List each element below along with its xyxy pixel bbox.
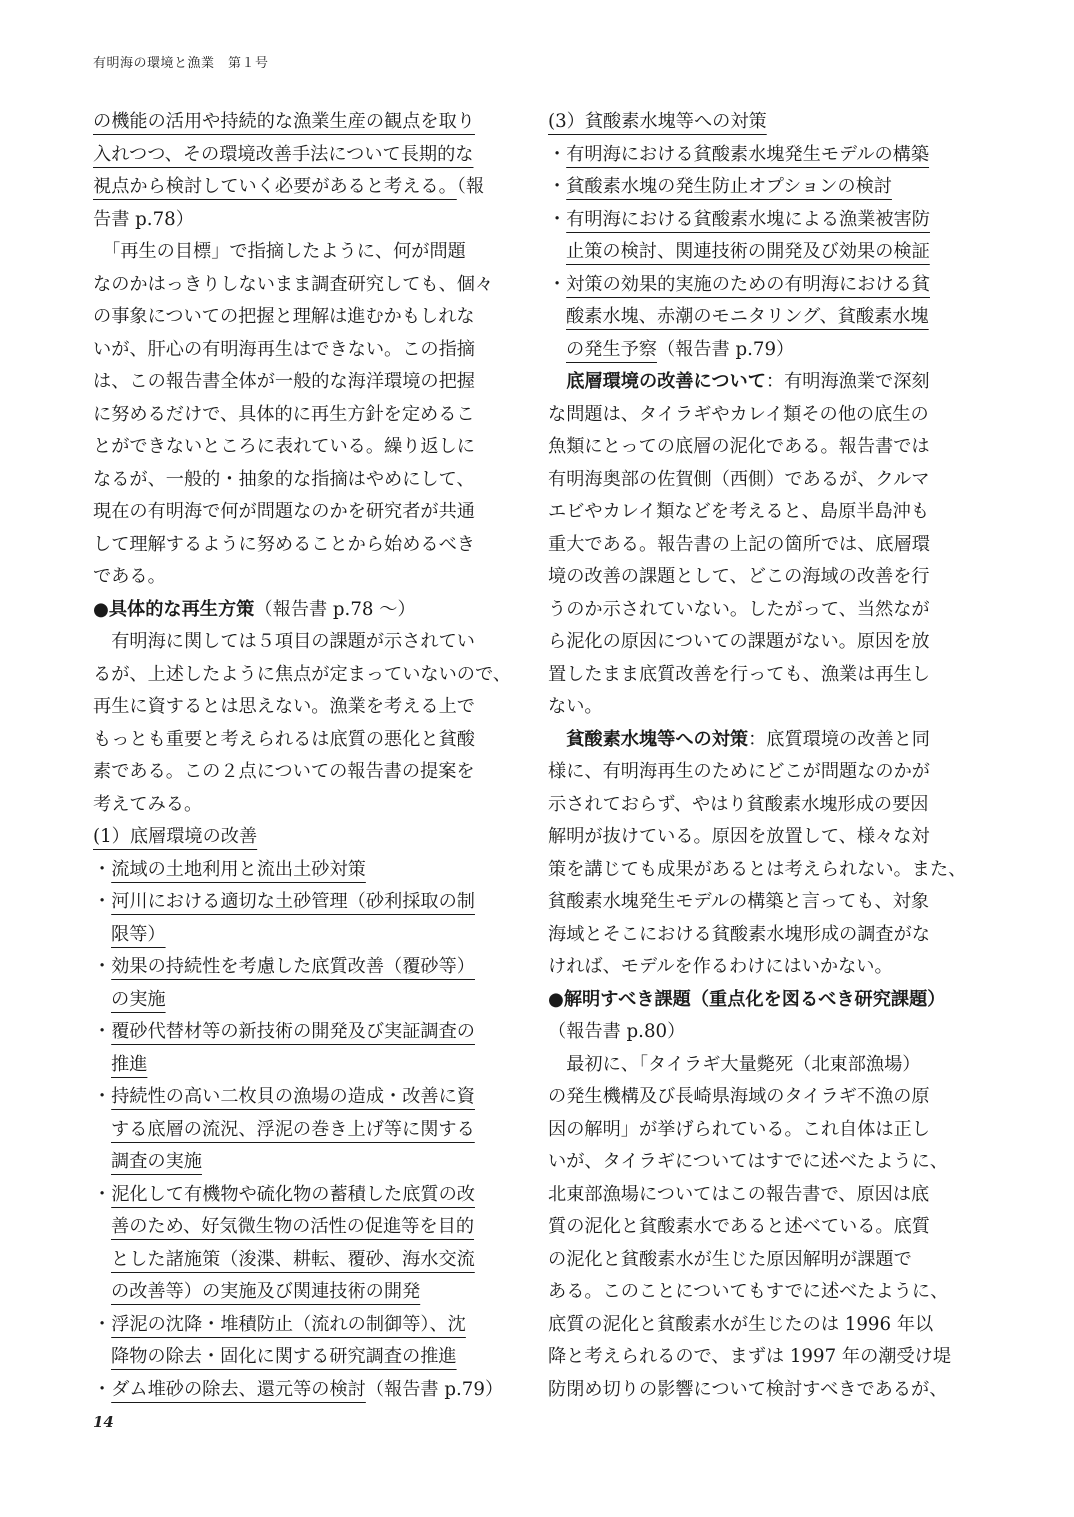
bullet-mark: ・ bbox=[93, 1184, 111, 1205]
bullet-mark: ・ bbox=[93, 1314, 111, 1335]
paragraph-line: 境の改善の課題として、どこの海域の改善を行 bbox=[548, 561, 960, 594]
list-item: ・対策の効果的実施のための有明海における貧 bbox=[548, 269, 960, 302]
list-item-continuation: 酸素水塊、赤潮のモニタリング、貧酸素水塊 bbox=[548, 301, 960, 334]
list-item-continuation: 推進 bbox=[93, 1049, 505, 1082]
paragraph-line: して理解するように努めることから始めるべき bbox=[93, 529, 505, 562]
text-line: の機能の活用や持続的な漁業生産の観点を取り bbox=[93, 106, 505, 139]
paragraph-line: 重大である。報告書の上記の箇所では、底層環 bbox=[548, 529, 960, 562]
bullet-mark: ・ bbox=[548, 209, 566, 230]
paragraph-line: ら泥化の原因についての課題がない。原因を放 bbox=[548, 626, 960, 659]
paragraph-line: に努めるだけで、具体的に再生方針を定めるこ bbox=[93, 399, 505, 432]
list-item-continuation: とした諸施策（浚渫、耕転、覆砂、海水交流 bbox=[93, 1244, 505, 1277]
paragraph-line: は、この報告書全体が一般的な海洋環境の把握 bbox=[93, 366, 505, 399]
citation: 告書 p.78） bbox=[93, 204, 505, 237]
paragraph-line: 質の泥化と貧酸素水であると述べている。底質 bbox=[548, 1211, 960, 1244]
paragraph-line: 考えてみる。 bbox=[93, 789, 505, 822]
list-item: ・泥化して有機物や硫化物の蓄積した底質の改 bbox=[93, 1179, 505, 1212]
paragraph-line: の発生機構及び長崎県海域のタイラギ不漁の原 bbox=[548, 1081, 960, 1114]
paragraph-line: 降と考えられるので、まずは 1997 年の潮受け堤 bbox=[548, 1341, 960, 1374]
paragraph-line: 海域とそこにおける貧酸素水塊形成の調査がな bbox=[548, 919, 960, 952]
bullet-mark: ・ bbox=[548, 144, 566, 165]
list-item: ・持続性の高い二枚貝の漁場の造成・改善に資 bbox=[93, 1081, 505, 1114]
paragraph-line: 最初に、「タイラギ大量斃死（北東部漁場） bbox=[548, 1049, 960, 1082]
paragraph-line: 様に、有明海再生のためにどこが問題なのかが bbox=[548, 756, 960, 789]
paragraph-line: 魚類にとっての底層の泥化である。報告書では bbox=[548, 431, 960, 464]
paragraph-line: 有明海に関しては５項目の課題が示されてい bbox=[93, 626, 505, 659]
paragraph-line: の泥化と貧酸素水が生じた原因解明が課題で bbox=[548, 1244, 960, 1277]
paragraph-line: の事象についての把握と理解は進むかもしれな bbox=[93, 301, 505, 334]
paragraph-line: ければ、モデルを作るわけにはいかない。 bbox=[548, 951, 960, 984]
paragraph-line: 「再生の目標」で指摘したように、何が問題 bbox=[93, 236, 505, 269]
paragraph-line: なのかはっきりしないまま調査研究しても、個々 bbox=[93, 269, 505, 302]
bullet-mark: ・ bbox=[548, 176, 566, 197]
paragraph-line: なるが、一般的・抽象的な指摘はやめにして、 bbox=[93, 464, 505, 497]
list-item-continuation: 限等） bbox=[93, 919, 505, 952]
list-item: ・貧酸素水塊の発生防止オプションの検討 bbox=[548, 171, 960, 204]
text-line: 視点から検討していく必要があると考える。（報 bbox=[93, 171, 505, 204]
running-header: 有明海の環境と漁業 第１号 bbox=[93, 52, 269, 71]
paragraph-line: るが、上述したように焦点が定まっていないので、 bbox=[93, 659, 505, 692]
list-item: ・流域の土地利用と流出土砂対策 bbox=[93, 854, 505, 887]
paragraph-line: 因の解明」が挙げられている。これ自体は正し bbox=[548, 1114, 960, 1147]
paragraph-line: 素である。この２点についての報告書の提案を bbox=[93, 756, 505, 789]
bullet-mark: ・ bbox=[93, 1379, 111, 1400]
subheading: (1）底層環境の改善 bbox=[93, 821, 505, 854]
bullet-mark: ・ bbox=[548, 274, 566, 295]
list-item-continuation: する底層の流況、浮泥の巻き上げ等に関する bbox=[93, 1114, 505, 1147]
text-line: 入れつつ、その環境改善手法について長期的な bbox=[93, 139, 505, 172]
paragraph-line: 底層環境の改善について：有明海漁業で深刻 bbox=[548, 366, 960, 399]
list-item-continuation: 降物の除去・固化に関する研究調査の推進 bbox=[93, 1341, 505, 1374]
paragraph-line: 防閉め切りの影響について検討すべきであるが、 bbox=[548, 1374, 960, 1407]
section-heading: ●解明すべき課題（重点化を図るべき研究課題） bbox=[548, 984, 960, 1017]
left-column: の機能の活用や持続的な漁業生産の観点を取り 入れつつ、その環境改善手法について長… bbox=[93, 106, 505, 1406]
list-item: ・浮泥の沈降・堆積防止（流れの制御等）、沈 bbox=[93, 1309, 505, 1342]
list-item-continuation: 善のため、好気微生物の活性の促進等を目的 bbox=[93, 1211, 505, 1244]
paragraph-line: いが、肝心の有明海再生はできない。この指摘 bbox=[93, 334, 505, 367]
list-item: ・有明海における貧酸素水塊発生モデルの構築 bbox=[548, 139, 960, 172]
right-column: (3）貧酸素水塊等への対策 ・有明海における貧酸素水塊発生モデルの構築 ・貧酸素… bbox=[548, 106, 960, 1406]
list-item: ・効果の持続性を考慮した底質改善（覆砂等） bbox=[93, 951, 505, 984]
paragraph-line: 示されておらず、やはり貧酸素水塊形成の要因 bbox=[548, 789, 960, 822]
list-item-continuation: の実施 bbox=[93, 984, 505, 1017]
paragraph-line: 再生に資するとは思えない。漁業を考える上で bbox=[93, 691, 505, 724]
paragraph-line: 現在の有明海で何が問題なのかを研究者が共通 bbox=[93, 496, 505, 529]
list-item: ・有明海における貧酸素水塊による漁業被害防 bbox=[548, 204, 960, 237]
paragraph-line: とができないところに表れている。繰り返しに bbox=[93, 431, 505, 464]
paragraph-line: ない。 bbox=[548, 691, 960, 724]
bullet-mark: ・ bbox=[93, 956, 111, 977]
list-item: ・ダム堆砂の除去、還元等の検討（報告書 p.79） bbox=[93, 1374, 505, 1407]
paragraph-line: エビやカレイ類などを考えると、島原半島沖も bbox=[548, 496, 960, 529]
bullet-mark: ・ bbox=[93, 1086, 111, 1107]
paragraph-line: うのか示されていない。したがって、当然なが bbox=[548, 594, 960, 627]
paragraph-line: いが、タイラギについてはすでに述べたように、 bbox=[548, 1146, 960, 1179]
paragraph-line: 底質の泥化と貧酸素水が生じたのは 1996 年以 bbox=[548, 1309, 960, 1342]
paragraph-line: な問題は、タイラギやカレイ類その他の底生の bbox=[548, 399, 960, 432]
paragraph-line: 解明が抜けている。原因を放置して、様々な対 bbox=[548, 821, 960, 854]
paragraph-line: 北東部漁場についてはこの報告書で、原因は底 bbox=[548, 1179, 960, 1212]
paragraph-line: ある。このことについてもすでに述べたように、 bbox=[548, 1276, 960, 1309]
bullet-mark: ・ bbox=[93, 859, 111, 880]
paragraph-line: 策を講じても成果があるとは考えられない。また、 bbox=[548, 854, 960, 887]
list-item-continuation: の改善等）の実施及び関連技術の開発 bbox=[93, 1276, 505, 1309]
list-item-continuation: 調査の実施 bbox=[93, 1146, 505, 1179]
paragraph-line: 貧酸素水塊発生モデルの構築と言っても、対象 bbox=[548, 886, 960, 919]
paragraph-line: 有明海奥部の佐賀側（西側）であるが、クルマ bbox=[548, 464, 960, 497]
list-item: ・河川における適切な土砂管理（砂利採取の制 bbox=[93, 886, 505, 919]
subheading: (3）貧酸素水塊等への対策 bbox=[548, 106, 960, 139]
paragraph-line: 貧酸素水塊等への対策：底質環境の改善と同 bbox=[548, 724, 960, 757]
bullet-mark: ・ bbox=[93, 1021, 111, 1042]
section-heading: ●具体的な再生方策（報告書 p.78 ～） bbox=[93, 594, 505, 627]
paragraph-line: である。 bbox=[93, 561, 505, 594]
list-item: ・覆砂代替材等の新技術の開発及び実証調査の bbox=[93, 1016, 505, 1049]
list-item-continuation: 止策の検討、関連技術の開発及び効果の検証 bbox=[548, 236, 960, 269]
bullet-mark: ・ bbox=[93, 891, 111, 912]
list-item-continuation: の発生予察（報告書 p.79） bbox=[548, 334, 960, 367]
paragraph-line: もっとも重要と考えられるは底質の悪化と貧酸 bbox=[93, 724, 505, 757]
page-number: 14 bbox=[93, 1413, 114, 1431]
citation: （報告書 p.80） bbox=[548, 1016, 960, 1049]
paragraph-line: 置したまま底質改善を行っても、漁業は再生し bbox=[548, 659, 960, 692]
